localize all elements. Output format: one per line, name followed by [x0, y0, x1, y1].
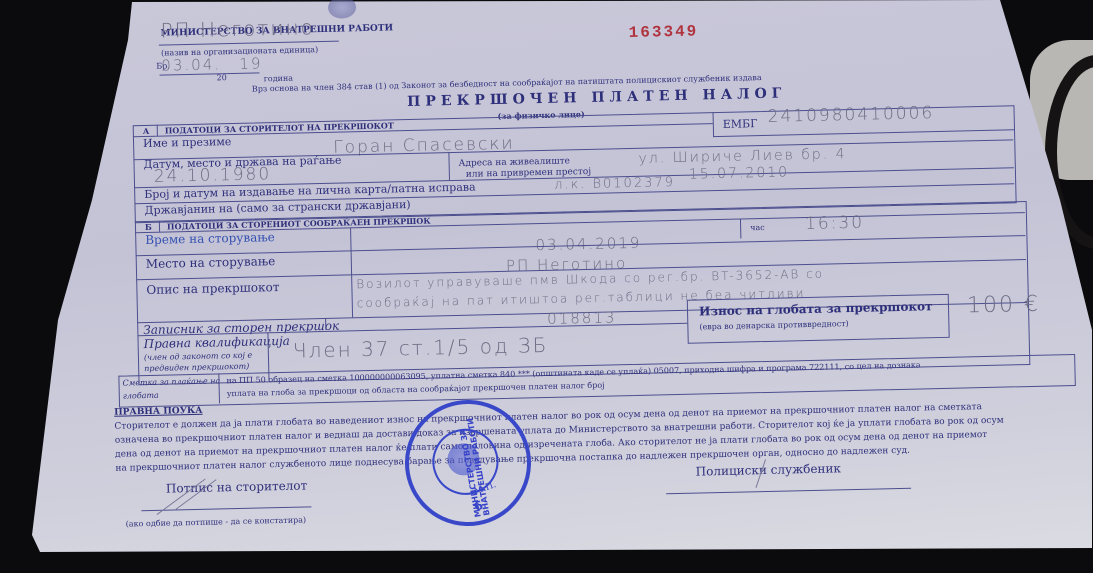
offender-signature-note: (ако одбие да потпише - да се констатира… — [126, 515, 307, 528]
year-suffix: година — [264, 74, 294, 84]
coat-of-arms-icon — [328, 0, 356, 19]
officer-signature-line — [666, 488, 911, 495]
year-prefix: 20 — [217, 73, 227, 82]
org-unit-handwritten: РП Неготино — [160, 15, 315, 42]
birth-value: 24.10.1980 — [154, 164, 272, 187]
time-label: Време на сторување — [145, 230, 275, 247]
instructions-heading: ПРАВНА ПОУКА — [114, 406, 203, 418]
section-a-letter: А — [143, 126, 150, 136]
divider — [157, 125, 158, 136]
payment-label-2: глобата — [123, 391, 159, 401]
description-label: Опис на прекршокот — [146, 280, 279, 297]
name-label: Име и презиме — [143, 135, 232, 150]
issue-date-handwritten: 03.04. — [161, 55, 221, 74]
section-b-letter: Б — [145, 222, 152, 232]
embg-value: 2410980410006 — [767, 103, 934, 127]
issue-year-handwritten: 19 — [239, 54, 262, 73]
payment-order-document: МИНИСТЕРСТВО ЗА ВНАТРЕШНИ РАБОТИ РП Него… — [100, 0, 1072, 548]
serial-number: 163349 — [628, 22, 698, 42]
embg-label: ЕМБГ — [723, 117, 758, 131]
place-label: Место на сторување — [146, 254, 276, 271]
document-title: ПРЕКРШОЧЕН ПЛАТЕН НАЛОГ — [407, 85, 787, 110]
officer-signature-label: Полициски службеник — [696, 461, 842, 478]
id-date-value: 15.07.2010 — [689, 164, 790, 182]
fine-value: 100 € — [967, 292, 1041, 319]
time-value: 16:30 — [805, 213, 864, 234]
time-hour-label: час — [750, 223, 765, 232]
divider — [159, 221, 160, 232]
id-value: л.к. В0102379 — [554, 175, 675, 193]
